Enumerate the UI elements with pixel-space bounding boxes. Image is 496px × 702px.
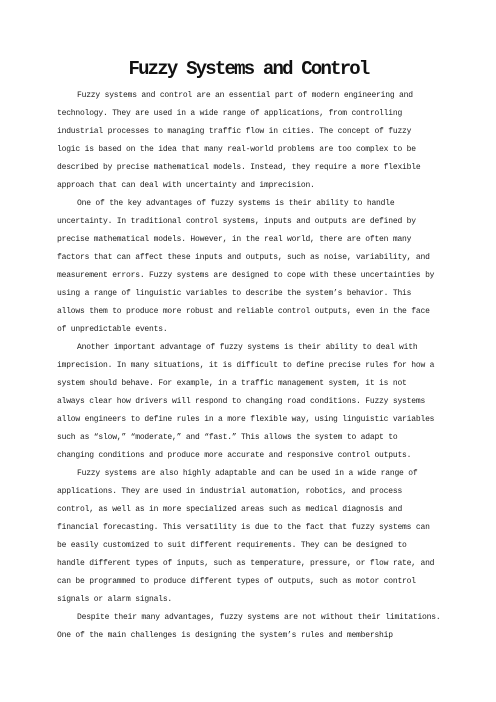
text-line: using a range of linguistic variables to…	[57, 285, 440, 303]
text-line: precise mathematical models. However, in…	[57, 231, 440, 249]
text-line: allows them to produce more robust and r…	[57, 303, 440, 321]
text-line: can be programmed to produce different t…	[57, 573, 440, 591]
paragraph: Fuzzy systems are also highly adaptable …	[57, 465, 440, 609]
text-line: factors that can affect these inputs and…	[57, 249, 440, 267]
text-line: One of the main challenges is designing …	[57, 627, 440, 645]
text-line: system should behave. For example, in a …	[57, 375, 440, 393]
text-line: signals or alarm signals.	[57, 591, 440, 609]
text-line: changing conditions and produce more acc…	[57, 447, 440, 465]
text-line: industrial processes to managing traffic…	[57, 123, 440, 141]
text-line: measurement errors. Fuzzy systems are de…	[57, 267, 440, 285]
text-line: One of the key advantages of fuzzy syste…	[57, 195, 440, 213]
text-line: Fuzzy systems are also highly adaptable …	[57, 465, 440, 483]
text-line: uncertainty. In traditional control syst…	[57, 213, 440, 231]
text-line: allow engineers to define rules in a mor…	[57, 411, 440, 429]
text-line: always clear how drivers will respond to…	[57, 393, 440, 411]
text-line: applications. They are used in industria…	[57, 483, 440, 501]
paragraph: One of the key advantages of fuzzy syste…	[57, 195, 440, 339]
text-line: such as “slow,” “moderate,” and “fast.” …	[57, 429, 440, 447]
text-line: approach that can deal with uncertainty …	[57, 177, 440, 195]
document-page: Fuzzy Systems and Control Fuzzy systems …	[0, 0, 496, 702]
paragraph: Fuzzy systems and control are an essenti…	[57, 87, 440, 195]
text-line: of unpredictable events.	[57, 321, 440, 339]
text-line: described by precise mathematical models…	[57, 159, 440, 177]
text-line: handle different types of inputs, such a…	[57, 555, 440, 573]
text-line: be easily customized to suit different r…	[57, 537, 440, 555]
text-line: control, as well as in more specialized …	[57, 501, 440, 519]
paragraph: Despite their many advantages, fuzzy sys…	[57, 609, 440, 645]
text-line: imprecision. In many situations, it is d…	[57, 357, 440, 375]
text-line: Fuzzy systems and control are an essenti…	[57, 87, 440, 105]
document-title: Fuzzy Systems and Control	[57, 54, 440, 84]
text-line: logic is based on the idea that many rea…	[57, 141, 440, 159]
text-line: financial forecasting. This versatility …	[57, 519, 440, 537]
text-line: Despite their many advantages, fuzzy sys…	[57, 609, 440, 627]
text-line: technology. They are used in a wide rang…	[57, 105, 440, 123]
text-line: Another important advantage of fuzzy sys…	[57, 339, 440, 357]
document-body: Fuzzy systems and control are an essenti…	[57, 87, 440, 645]
paragraph: Another important advantage of fuzzy sys…	[57, 339, 440, 465]
